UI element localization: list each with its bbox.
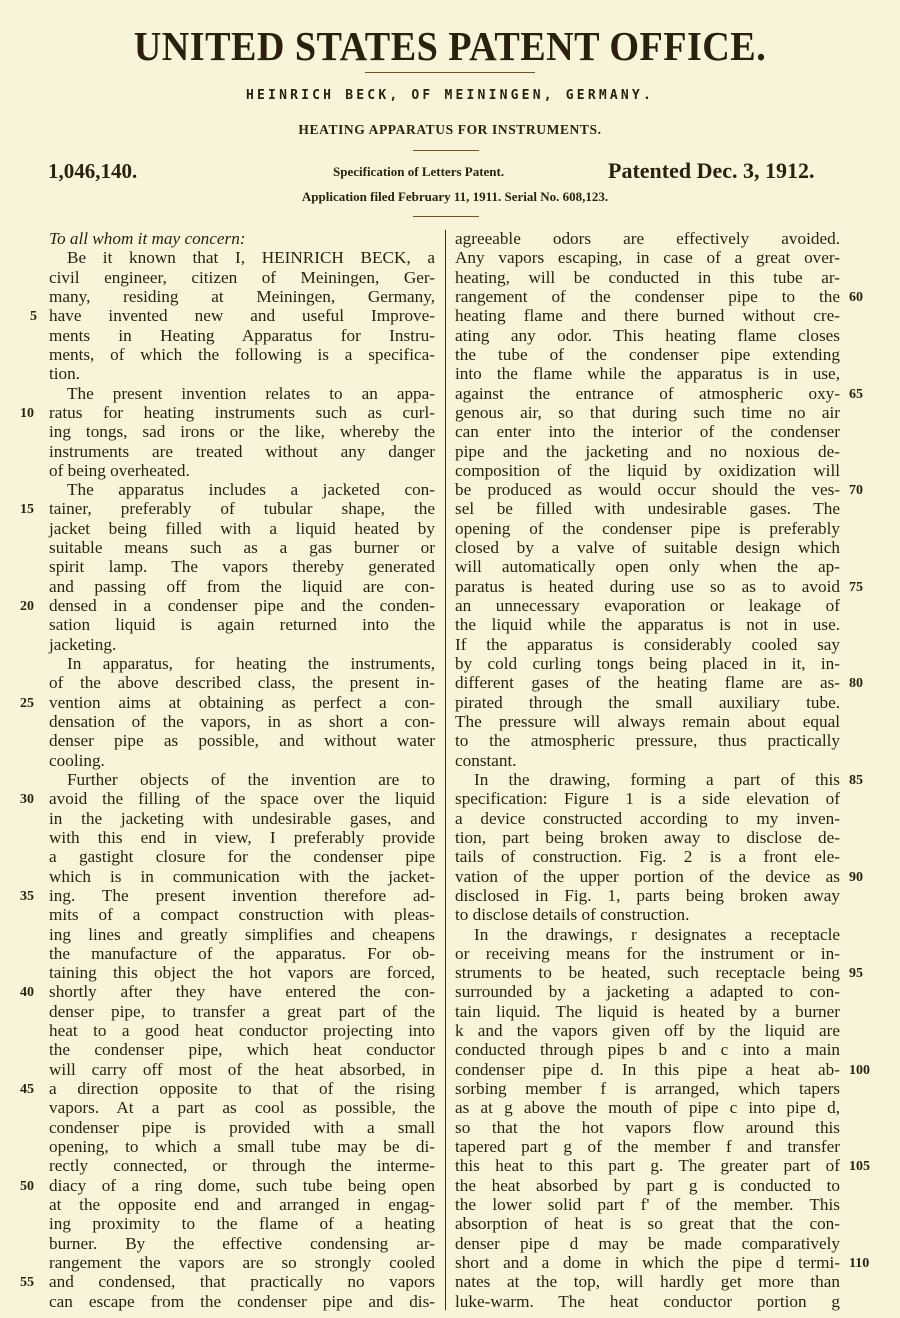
text-line: tainer, preferably of tubular shape, the bbox=[49, 499, 435, 518]
text-line: can enter into the interior of the conde… bbox=[455, 422, 840, 441]
text-line: will carry off most of the heat absorbed… bbox=[49, 1060, 435, 1079]
text-line: ments, of which the following is a speci… bbox=[49, 345, 435, 364]
text-line: shortly after they have entered the con- bbox=[49, 982, 435, 1001]
text-line: or receiving means for the instrument or… bbox=[455, 944, 840, 963]
text-line: which is in communication with the jacke… bbox=[49, 867, 435, 886]
text-line: can escape from the condenser pipe and d… bbox=[49, 1292, 435, 1311]
text-line: rangement the vapors are so strongly coo… bbox=[49, 1253, 435, 1272]
application-filed: Application filed February 11, 1911. Ser… bbox=[0, 189, 900, 205]
text-line: agreeable odors are effectively avoided. bbox=[455, 229, 840, 248]
text-line: vapors. At a part as cool as possible, t… bbox=[49, 1098, 435, 1117]
filed-rule bbox=[413, 216, 479, 217]
text-line: civil engineer, citizen of Meiningen, Ge… bbox=[49, 268, 435, 287]
line-number: 80 bbox=[849, 674, 863, 693]
text-line: opening of the condenser pipe is prefera… bbox=[455, 519, 840, 538]
text-line: struments to be heated, such receptacle … bbox=[455, 963, 840, 982]
text-line: different gases of the heating flame are… bbox=[455, 673, 840, 692]
text-line: to disclose details of construction. bbox=[455, 905, 840, 924]
text-line: the lower solid part f' of the member. T… bbox=[455, 1195, 840, 1214]
text-line: surrounded by a jacketing a adapted to c… bbox=[455, 982, 840, 1001]
text-line: absorption of heat is so great that the … bbox=[455, 1214, 840, 1233]
text-line: genous air, so that during such time no … bbox=[455, 403, 840, 422]
text-line: to the atmospheric pressure, thus practi… bbox=[455, 731, 840, 750]
text-line: heating, will be conducted in this tube … bbox=[455, 268, 840, 287]
text-line: densed in a condenser pipe and the conde… bbox=[49, 596, 435, 615]
text-line: a direction opposite to that of the risi… bbox=[49, 1079, 435, 1098]
salutation: To all whom it may concern: bbox=[49, 229, 435, 248]
subject-rule bbox=[413, 150, 479, 151]
text-line: a device constructed according to my inv… bbox=[455, 809, 840, 828]
text-line: as at g above the mouth of pipe c into p… bbox=[455, 1098, 840, 1117]
text-line: ing. The present invention therefore ad- bbox=[49, 886, 435, 905]
patent-page: UNITED STATES PATENT OFFICE. HEINRICH BE… bbox=[0, 0, 900, 1318]
text-line: closed by a valve of suitable design whi… bbox=[455, 538, 840, 557]
line-number: 55 bbox=[20, 1273, 34, 1292]
text-line: many, residing at Meiningen, Germany, bbox=[49, 287, 435, 306]
column-divider bbox=[445, 230, 446, 1310]
text-line: In the drawing, forming a part of this bbox=[474, 770, 840, 789]
text-line: of the above described class, the presen… bbox=[49, 673, 435, 692]
text-line: and condensed, that practically no vapor… bbox=[49, 1272, 435, 1291]
text-line: short and a dome in which the pipe d ter… bbox=[455, 1253, 840, 1272]
inventor-line: HEINRICH BECK, OF MEININGEN, GERMANY. bbox=[0, 88, 900, 103]
line-number: 5 bbox=[30, 307, 37, 326]
text-line: in the jacketing with undesirable gases,… bbox=[49, 809, 435, 828]
title-rule bbox=[365, 72, 535, 73]
text-line: tain liquid. The liquid is heated by a b… bbox=[455, 1002, 840, 1021]
line-number: 35 bbox=[20, 887, 34, 906]
text-line: jacket being filled with a liquid heated… bbox=[49, 519, 435, 538]
text-line: denser pipe d may be made comparatively bbox=[455, 1234, 840, 1253]
text-line: instruments are treated without any dang… bbox=[49, 442, 435, 461]
office-title: UNITED STATES PATENT OFFICE. bbox=[32, 22, 869, 70]
text-line: composition of the liquid by oxidization… bbox=[455, 461, 840, 480]
text-line: the tube of the condenser pipe extending bbox=[455, 345, 840, 364]
text-line: denser pipe as possible, and without wat… bbox=[49, 731, 435, 750]
text-line: against the entrance of atmospheric oxy- bbox=[455, 384, 840, 403]
text-line: paratus is heated during use so as to av… bbox=[455, 577, 840, 596]
line-number: 15 bbox=[20, 500, 34, 519]
text-line: the manufacture of the apparatus. For ob… bbox=[49, 944, 435, 963]
text-line: cooling. bbox=[49, 751, 435, 770]
line-number: 40 bbox=[20, 983, 34, 1002]
text-line: ing tongs, sad irons or the like, whereb… bbox=[49, 422, 435, 441]
text-line: sation liquid is again returned into the bbox=[49, 615, 435, 634]
text-line: this heat to this part g. The greater pa… bbox=[455, 1156, 840, 1175]
text-line: avoid the filling of the space over the … bbox=[49, 789, 435, 808]
line-number: 60 bbox=[849, 288, 863, 307]
text-line: The present invention relates to an appa… bbox=[67, 384, 435, 403]
line-number: 10 bbox=[20, 404, 34, 423]
text-line: by cold curling tongs being placed in it… bbox=[455, 654, 840, 673]
text-line: denser pipe, to transfer a great part of… bbox=[49, 1002, 435, 1021]
text-line: sel be filled with undesirable gases. Th… bbox=[455, 499, 840, 518]
text-line: a gastight closure for the condenser pip… bbox=[49, 847, 435, 866]
text-line: with this end in view, I preferably prov… bbox=[49, 828, 435, 847]
text-line: of being overheated. bbox=[49, 461, 435, 480]
line-number: 90 bbox=[849, 868, 863, 887]
line-number: 50 bbox=[20, 1177, 34, 1196]
text-line: heating flame and there burned without c… bbox=[455, 306, 840, 325]
line-number: 95 bbox=[849, 964, 863, 983]
text-line: an unnecessary evaporation or leakage of bbox=[455, 596, 840, 615]
text-line: luke-warm. The heat conductor portion g bbox=[455, 1292, 840, 1311]
text-line: constant. bbox=[455, 751, 840, 770]
text-line: tails of construction. Fig. 2 is a front… bbox=[455, 847, 840, 866]
text-line: spirit lamp. The vapors thereby generate… bbox=[49, 557, 435, 576]
text-line: ments in Heating Apparatus for Instru- bbox=[49, 326, 435, 345]
text-line: ing lines and greatly simplifies and che… bbox=[49, 925, 435, 944]
text-line: condenser pipe is provided with a small bbox=[49, 1118, 435, 1137]
text-line: sorbing member f is arranged, which tape… bbox=[455, 1079, 840, 1098]
text-line: If the apparatus is considerably cooled … bbox=[455, 635, 840, 654]
text-line: heat to a good heat conductor projecting… bbox=[49, 1021, 435, 1040]
text-line: suitable means such as a gas burner or bbox=[49, 538, 435, 557]
text-line: tion, part being broken away to disclose… bbox=[455, 828, 840, 847]
text-line: rangement of the condenser pipe to the bbox=[455, 287, 840, 306]
text-line: tapered part g of the member f and trans… bbox=[455, 1137, 840, 1156]
text-line: ratus for heating instruments such as cu… bbox=[49, 403, 435, 422]
line-number: 75 bbox=[849, 578, 863, 597]
text-line: will automatically open only when the ap… bbox=[455, 557, 840, 576]
text-line: In apparatus, for heating the instrument… bbox=[67, 654, 435, 673]
line-number: 105 bbox=[849, 1157, 870, 1176]
line-number: 45 bbox=[20, 1080, 34, 1099]
text-line: and passing off from the liquid are con- bbox=[49, 577, 435, 596]
patented-date: Patented Dec. 3, 1912. bbox=[608, 158, 815, 184]
text-line: the heat absorbed by part g is conducted… bbox=[455, 1176, 840, 1195]
text-line: The pressure will always remain about eq… bbox=[455, 712, 840, 731]
line-number: 25 bbox=[20, 694, 34, 713]
line-number: 70 bbox=[849, 481, 863, 500]
text-line: nates at the top, will hardly get more t… bbox=[455, 1272, 840, 1291]
text-line: tion. bbox=[49, 364, 435, 383]
text-line: k and the vapors given off by the liquid… bbox=[455, 1021, 840, 1040]
text-line: into the flame while the apparatus is in… bbox=[455, 364, 840, 383]
text-line: so that the hot vapors flow around this bbox=[455, 1118, 840, 1137]
text-line: pirated through the small auxiliary tube… bbox=[455, 693, 840, 712]
text-line: Be it known that I, HEINRICH BECK, a bbox=[67, 248, 435, 267]
text-line: rectly connected, or through the interme… bbox=[49, 1156, 435, 1175]
text-line: The apparatus includes a jacketed con- bbox=[67, 480, 435, 499]
text-line: disclosed in Fig. 1, parts being broken … bbox=[455, 886, 840, 905]
line-number: 65 bbox=[849, 385, 863, 404]
subject-title: HEATING APPARATUS FOR INSTRUMENTS. bbox=[0, 122, 900, 138]
text-line: Further objects of the invention are to bbox=[67, 770, 435, 789]
line-number: 100 bbox=[849, 1061, 870, 1080]
text-line: ing proximity to the flame of a heating bbox=[49, 1214, 435, 1233]
text-line: diacy of a ring dome, such tube being op… bbox=[49, 1176, 435, 1195]
text-line: condenser pipe d. In this pipe a heat ab… bbox=[455, 1060, 840, 1079]
text-line: burner. By the effective condensing ar- bbox=[49, 1234, 435, 1253]
text-line: the liquid while the apparatus is not in… bbox=[455, 615, 840, 634]
line-number: 30 bbox=[20, 790, 34, 809]
text-line: In the drawings, r designates a receptac… bbox=[474, 925, 840, 944]
text-line: vention aims at obtaining as perfect a c… bbox=[49, 693, 435, 712]
text-line: be produced as would occur should the ve… bbox=[455, 480, 840, 499]
text-line: taining this object the hot vapors are f… bbox=[49, 963, 435, 982]
text-line: pipe and the jacketing and no noxious de… bbox=[455, 442, 840, 461]
specification-label: Specification of Letters Patent. bbox=[333, 164, 504, 180]
line-number: 20 bbox=[20, 597, 34, 616]
text-line: ating any odor. This heating flame close… bbox=[455, 326, 840, 345]
text-line: jacketing. bbox=[49, 635, 435, 654]
text-line: have invented new and useful Improve- bbox=[49, 306, 435, 325]
text-line: mits of a compact construction with plea… bbox=[49, 905, 435, 924]
text-line: conducted through pipes b and c into a m… bbox=[455, 1040, 840, 1059]
text-line: specification: Figure 1 is a side elevat… bbox=[455, 789, 840, 808]
line-number: 85 bbox=[849, 771, 863, 790]
patent-number: 1,046,140. bbox=[48, 159, 137, 184]
text-line: at the opposite end and arranged in enga… bbox=[49, 1195, 435, 1214]
text-line: opening, to which a small tube may be di… bbox=[49, 1137, 435, 1156]
line-number: 110 bbox=[849, 1254, 869, 1273]
text-line: Any vapors escaping, in case of a great … bbox=[455, 248, 840, 267]
text-line: densation of the vapors, in as short a c… bbox=[49, 712, 435, 731]
text-line: the condenser pipe, which heat conductor bbox=[49, 1040, 435, 1059]
text-line: vation of the upper portion of the devic… bbox=[455, 867, 840, 886]
